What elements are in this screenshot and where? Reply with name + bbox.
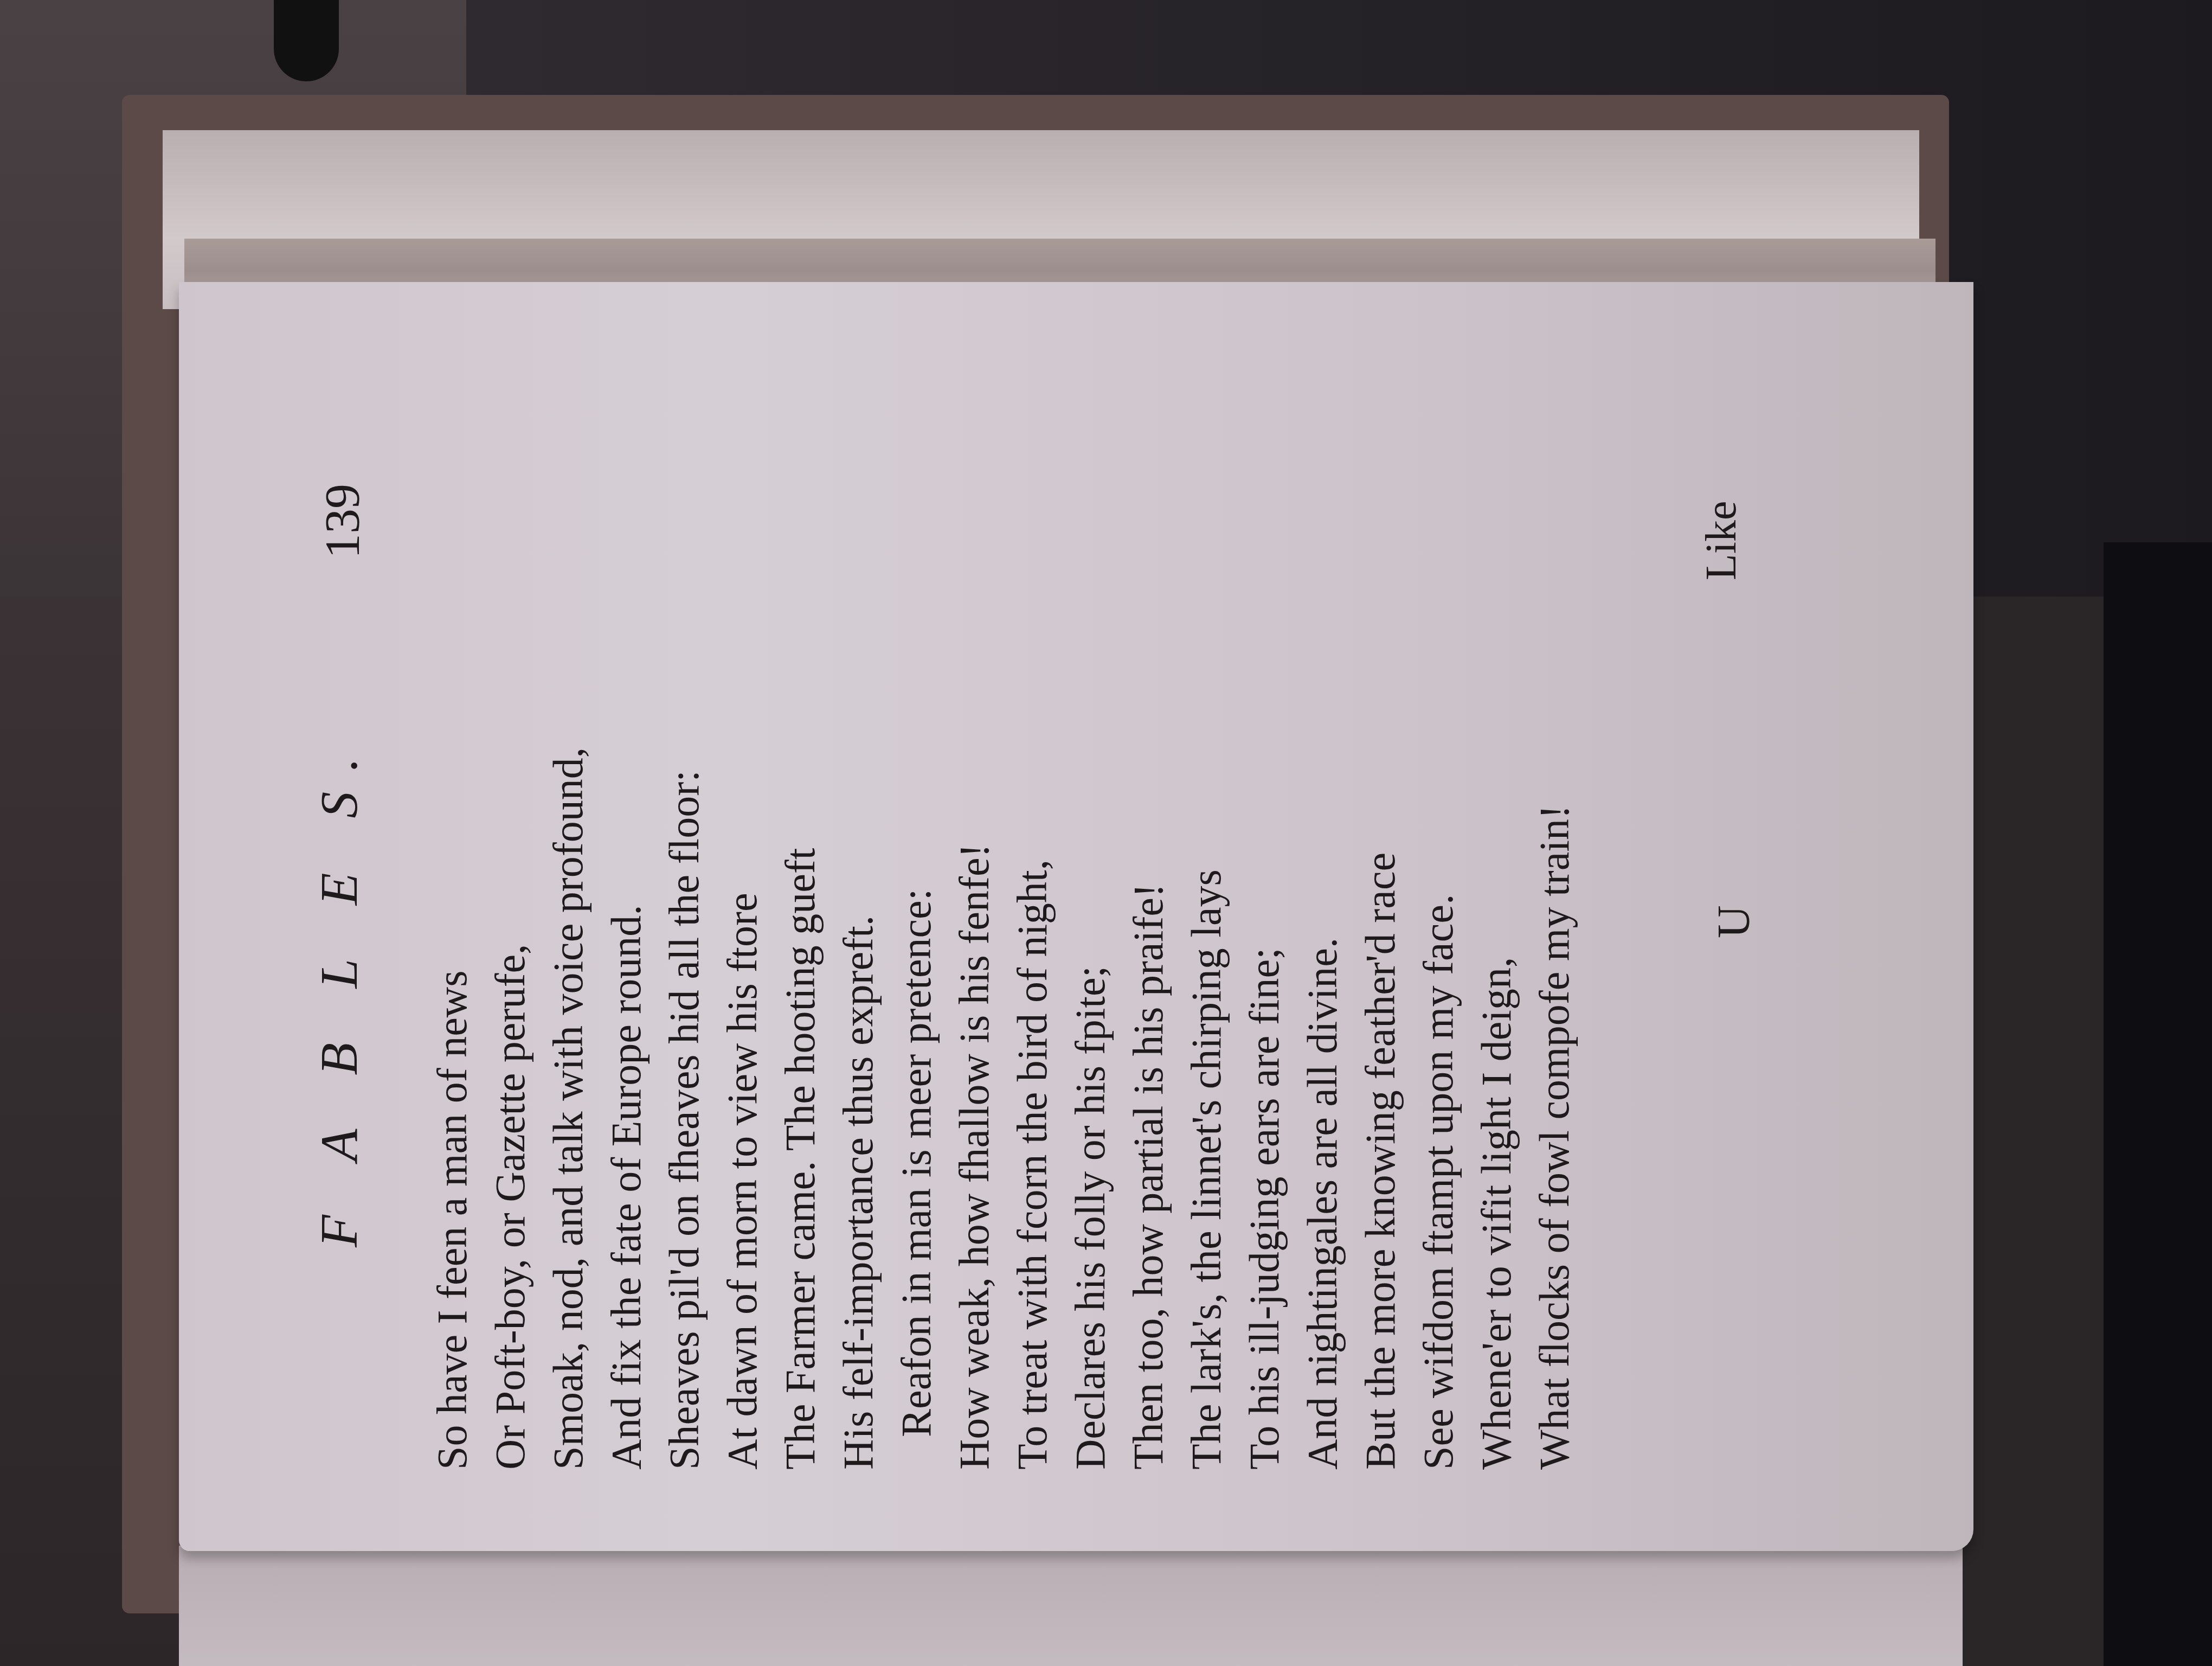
verse-line: Sheaves pil'd on fheaves hid all the flo… bbox=[655, 277, 713, 1470]
running-head: F A B L E S. 139 bbox=[309, 249, 374, 1551]
verse-line: Whene'er to vifit light I deign, bbox=[1467, 277, 1525, 1470]
catchword: Like bbox=[1697, 501, 1746, 580]
verse-line: The Farmer came. The hooting gueft bbox=[771, 277, 829, 1470]
verse-line: To his ill-judging ears are fine; bbox=[1235, 277, 1293, 1470]
page-text-block: F A B L E S. 139 So have I feen a man of… bbox=[244, 249, 1816, 1551]
verse-line: Or Poft-boy, or Gazette perufe, bbox=[481, 277, 539, 1470]
verse-line: Declares his folly or his fpite; bbox=[1061, 277, 1119, 1470]
running-title: F A B L E S. bbox=[309, 737, 370, 1247]
verse-line: His felf-importance thus expreft. bbox=[829, 277, 887, 1470]
background-object bbox=[274, 0, 339, 81]
facing-page bbox=[179, 1546, 1963, 1666]
signature-mark: U bbox=[1708, 905, 1760, 938]
verse-line: At dawn of morn to view his ftore bbox=[713, 277, 771, 1470]
verse-line: So have I feen a man of news bbox=[423, 277, 481, 1470]
verse-line: What flocks of fowl compofe my train! bbox=[1525, 277, 1583, 1470]
verse-line: How weak, how fhallow is his fenfe! bbox=[945, 277, 1003, 1470]
verse-line: To treat with fcorn the bird of night, bbox=[1003, 277, 1061, 1470]
verse-lines: So have I feen a man of news Or Poft-boy… bbox=[423, 277, 1583, 1470]
verse-line: But the more knowing feather'd race bbox=[1351, 277, 1409, 1470]
verse-line: See wifdom ftampt upon my face. bbox=[1409, 277, 1467, 1470]
verse-line: Reafon in man is meer pretence: bbox=[887, 277, 945, 1470]
verse-line: Then too, how partial is his praife! bbox=[1119, 277, 1177, 1470]
background-shadow bbox=[2104, 542, 2212, 1666]
page-number: 139 bbox=[313, 484, 371, 559]
verse-line: The lark's, the linnet's chirping lays bbox=[1177, 277, 1235, 1470]
verse-line: And nightingales are all divine. bbox=[1293, 277, 1351, 1470]
verse-line: And fix the fate of Europe round. bbox=[597, 277, 655, 1470]
verse-line: Smoak, nod, and talk with voice profound… bbox=[539, 277, 597, 1470]
